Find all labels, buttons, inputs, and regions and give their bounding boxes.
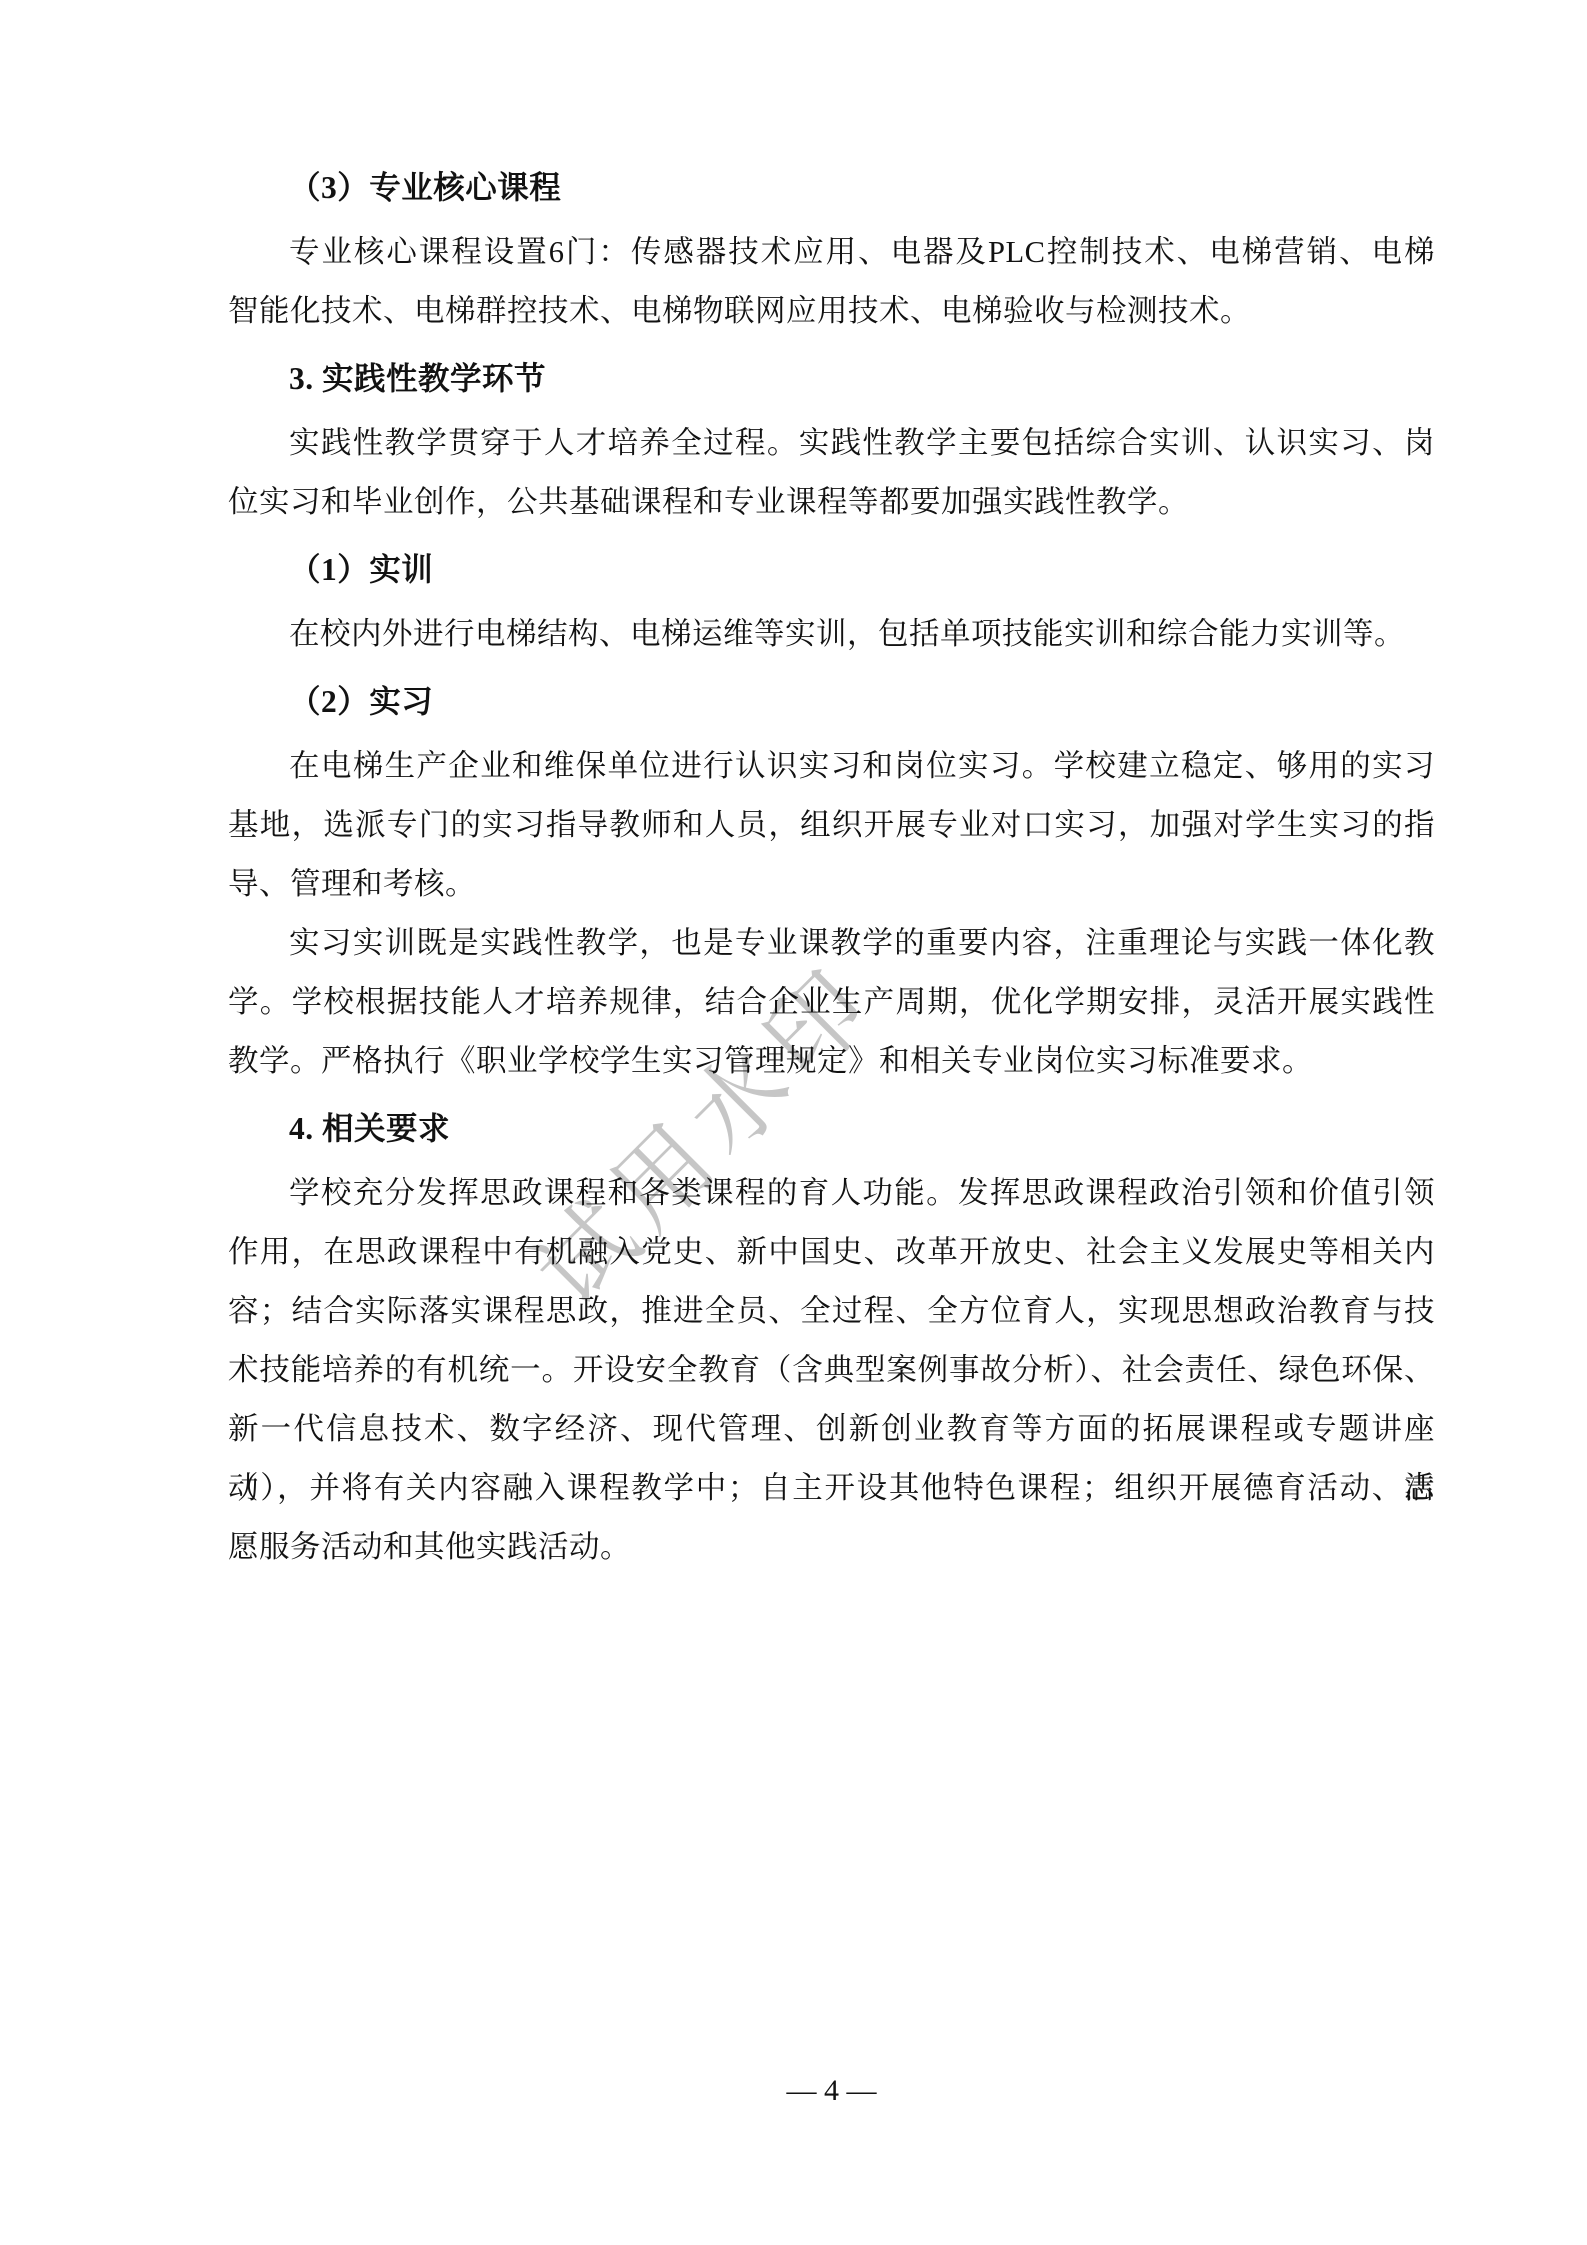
para-requirements-line-5: 新一代信息技术、数字经济、现代管理、创新创业教育等方面的拓展课程或专题讲座（活	[228, 1400, 1435, 1459]
para-internship-line-3: 导、管理和考核。	[228, 855, 1435, 914]
para-requirements-line-4: 术技能培养的有机统一。开设安全教育（含典型案例事故分析）、社会责任、绿色环保、	[228, 1341, 1435, 1400]
para-internship-line-2: 基地，选派专门的实习指导教师和人员，组织开展专业对口实习，加强对学生实习的指	[228, 796, 1435, 855]
heading-related-requirements: 4. 相关要求	[228, 1099, 1435, 1158]
page-number: — 4 —	[228, 2072, 1435, 2110]
para-requirements-line-7: 愿服务活动和其他实践活动。	[228, 1518, 1435, 1577]
para-core-courses-line-2: 智能化技术、电梯群控技术、电梯物联网应用技术、电梯验收与检测技术。	[228, 282, 1435, 341]
para-requirements-line-6: 动），并将有关内容融入课程教学中；自主开设其他特色课程；组织开展德育活动、志	[228, 1459, 1435, 1518]
para-practical-teaching-line-1: 实践性教学贯穿于人才培养全过程。实践性教学主要包括综合实训、认识实习、岗	[228, 414, 1435, 473]
para-requirements-line-3: 容；结合实际落实课程思政，推进全员、全过程、全方位育人，实现思想政治教育与技	[228, 1282, 1435, 1341]
heading-practical-teaching: 3. 实践性教学环节	[228, 349, 1435, 408]
para-internship-training-line-1: 实习实训既是实践性教学，也是专业课教学的重要内容，注重理论与实践一体化教	[228, 914, 1435, 973]
para-requirements-line-2: 作用，在思政课程中有机融入党史、新中国史、改革开放史、社会主义发展史等相关内	[228, 1223, 1435, 1282]
heading-training: （1）实训	[228, 540, 1435, 599]
para-training-line-1: 在校内外进行电梯结构、电梯运维等实训，包括单项技能实训和综合能力实训等。	[228, 605, 1435, 664]
para-core-courses-line-1: 专业核心课程设置6门：传感器技术应用、电器及PLC控制技术、电梯营销、电梯	[228, 223, 1435, 282]
para-internship-training-line-2: 学。学校根据技能人才培养规律，结合企业生产周期，优化学期安排，灵活开展实践性	[228, 973, 1435, 1032]
document-body: （3）专业核心课程 专业核心课程设置6门：传感器技术应用、电器及PLC控制技术、…	[228, 150, 1435, 1577]
document-page: 试用水印 （3）专业核心课程 专业核心课程设置6门：传感器技术应用、电器及PLC…	[0, 0, 1587, 2245]
para-practical-teaching-line-2: 位实习和毕业创作，公共基础课程和专业课程等都要加强实践性教学。	[228, 473, 1435, 532]
heading-core-courses: （3）专业核心课程	[228, 158, 1435, 217]
para-internship-training-line-3: 教学。严格执行《职业学校学生实习管理规定》和相关专业岗位实习标准要求。	[228, 1032, 1435, 1091]
para-requirements-line-1: 学校充分发挥思政课程和各类课程的育人功能。发挥思政课程政治引领和价值引领	[228, 1164, 1435, 1223]
heading-internship: （2）实习	[228, 672, 1435, 731]
para-internship-line-1: 在电梯生产企业和维保单位进行认识实习和岗位实习。学校建立稳定、够用的实习	[228, 737, 1435, 796]
